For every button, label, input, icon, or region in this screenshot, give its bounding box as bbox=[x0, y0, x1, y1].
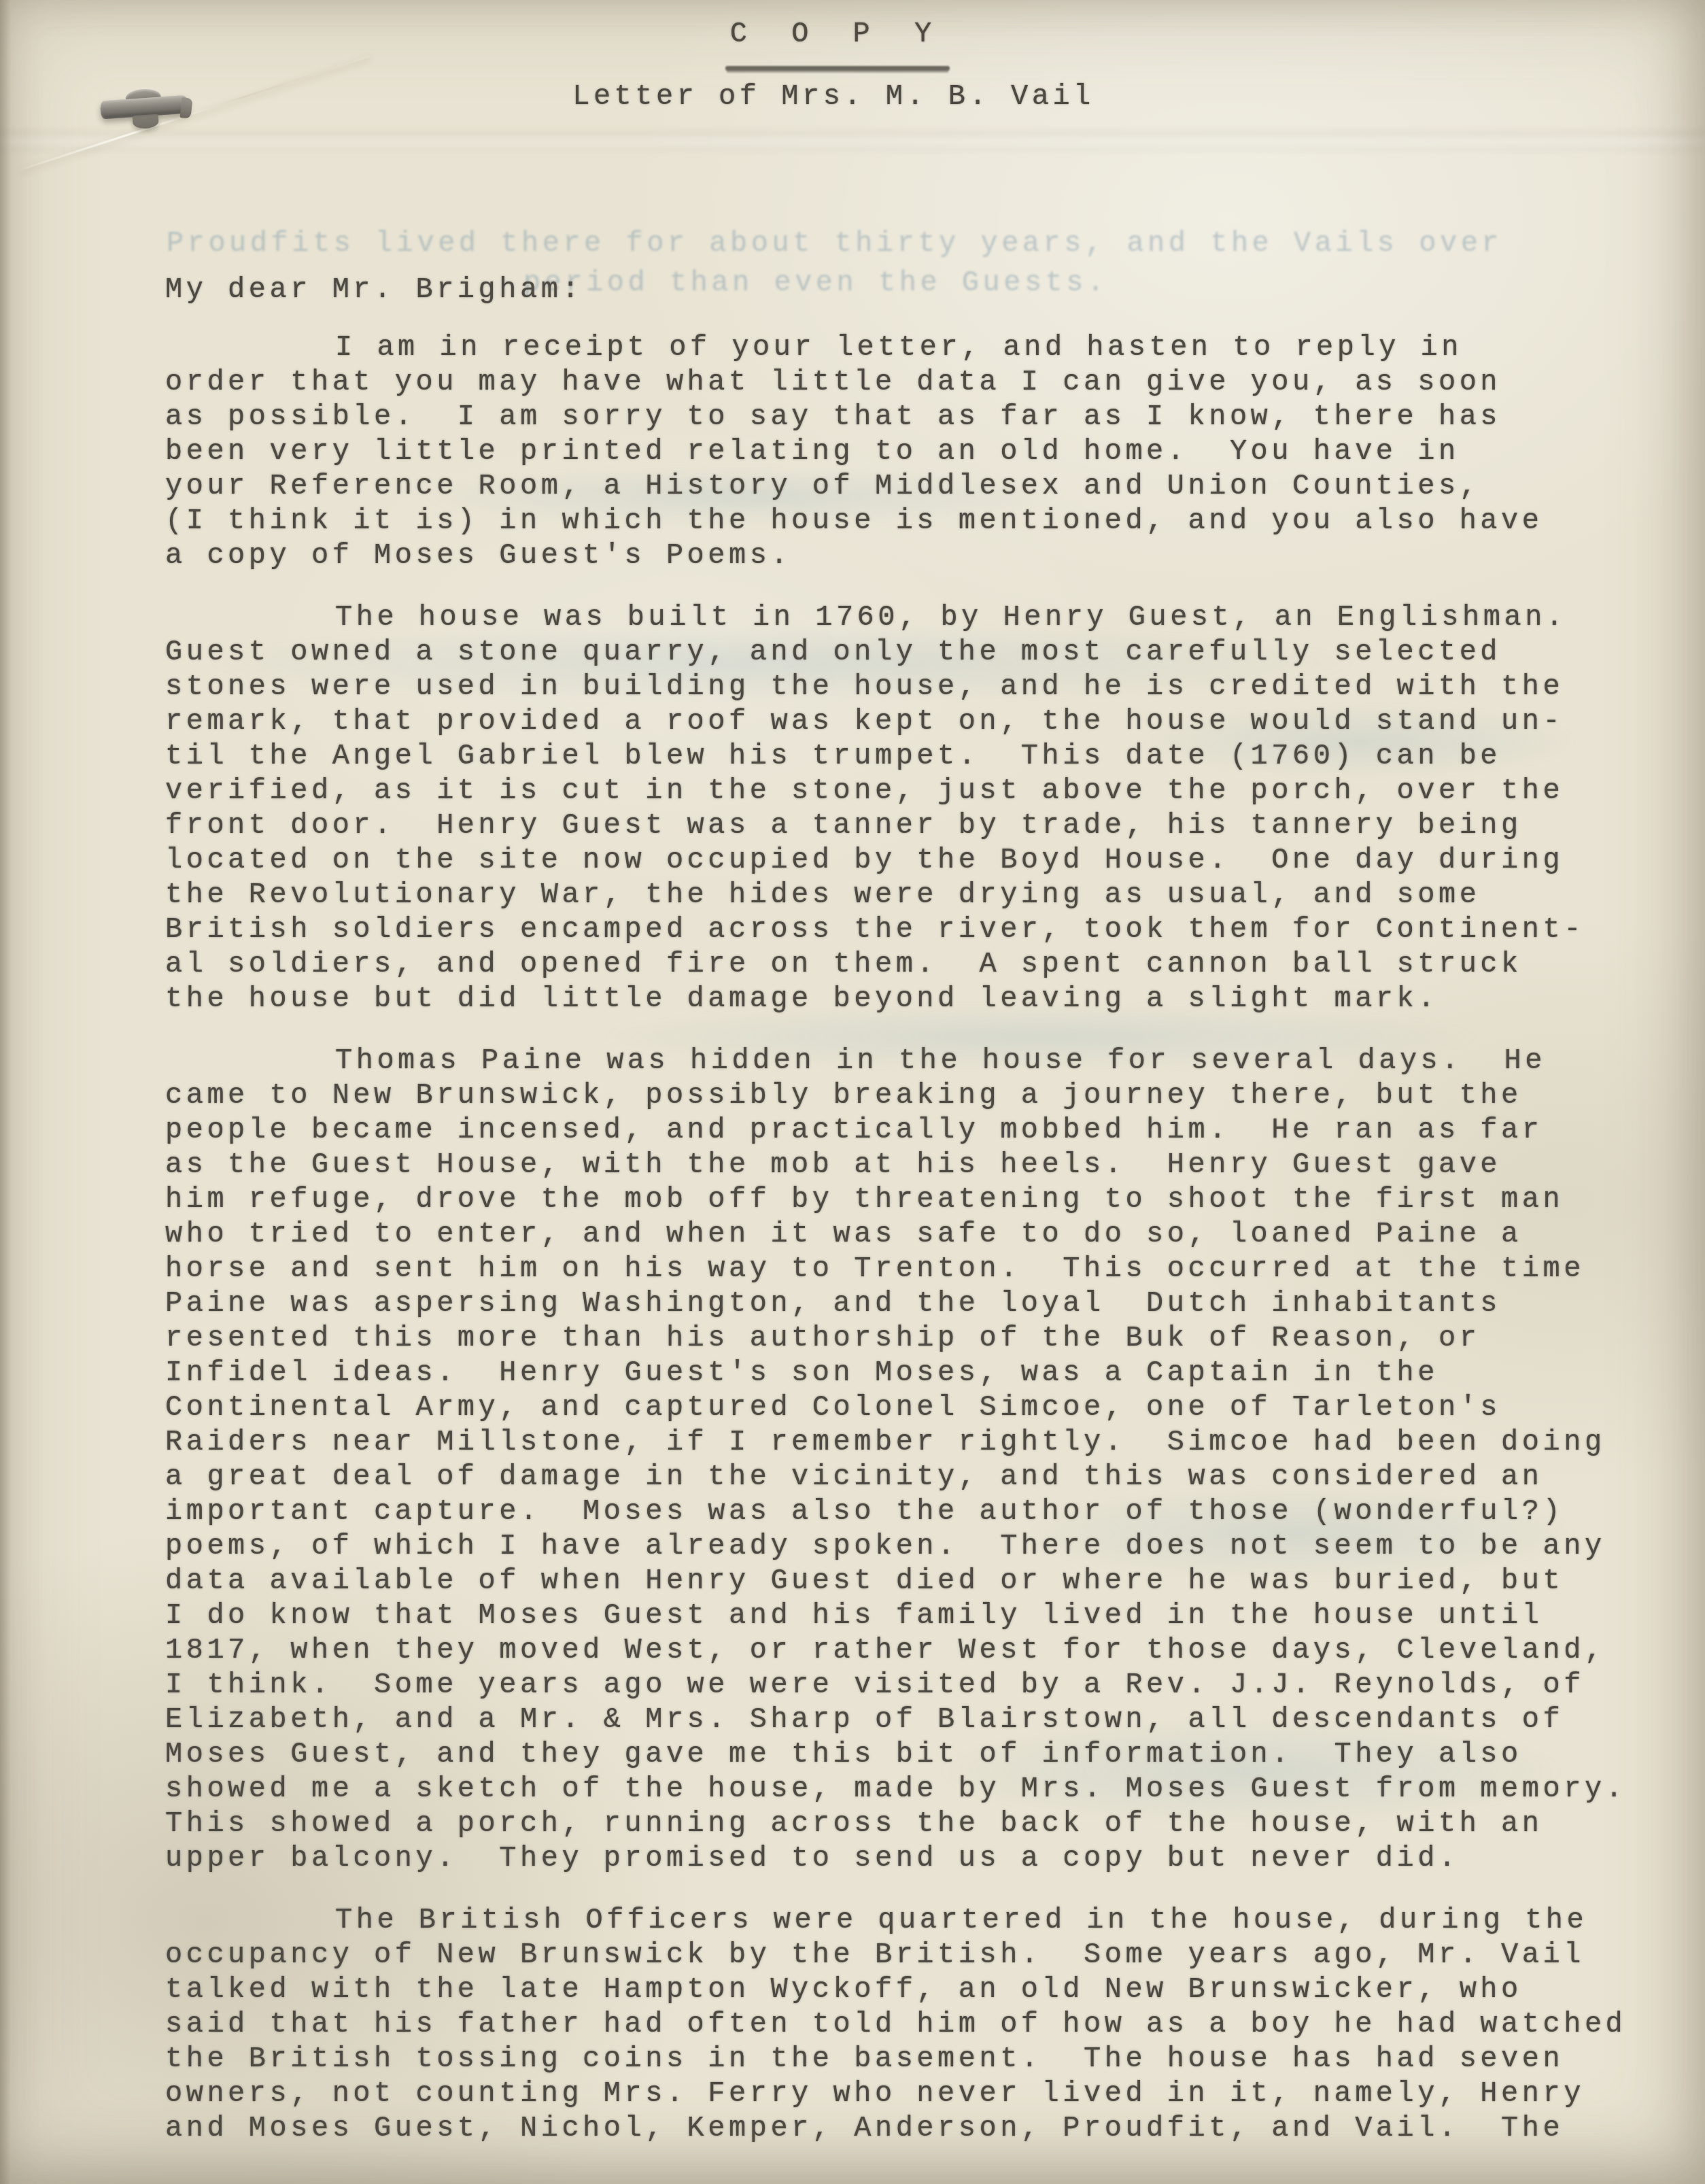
fold-crease-horizontal bbox=[0, 131, 1705, 151]
letter-paragraph: The British Officers were quartered in t… bbox=[165, 1903, 1688, 2146]
copy-heading-underline bbox=[725, 66, 950, 71]
letter-paragraph: I am in receipt of your letter, and hast… bbox=[165, 330, 1688, 573]
bleed-through-text-line: period than even the Guests. bbox=[523, 267, 1108, 299]
paper-fastener-tab bbox=[133, 114, 159, 130]
page-left-edge-shadow bbox=[0, 0, 11, 2184]
salutation: My dear Mr. Brigham: bbox=[165, 273, 583, 306]
letter-page: C O P Y Letter of Mrs. M. B. Vail Proudf… bbox=[0, 0, 1705, 2184]
fold-crease-diagonal bbox=[20, 55, 370, 171]
bleed-through-text-line: Proudfits lived there for about thirty y… bbox=[167, 227, 1502, 260]
letter-paragraph: The house was built in 1760, by Henry Gu… bbox=[165, 600, 1688, 1017]
letter-paragraph: Thomas Paine was hidden in the house for… bbox=[165, 1044, 1688, 1876]
letter-subtitle: Letter of Mrs. M. B. Vail bbox=[0, 80, 1686, 113]
copy-heading: C O P Y bbox=[0, 18, 1690, 50]
letter-body: I am in receipt of your letter, and hast… bbox=[165, 330, 1688, 2173]
